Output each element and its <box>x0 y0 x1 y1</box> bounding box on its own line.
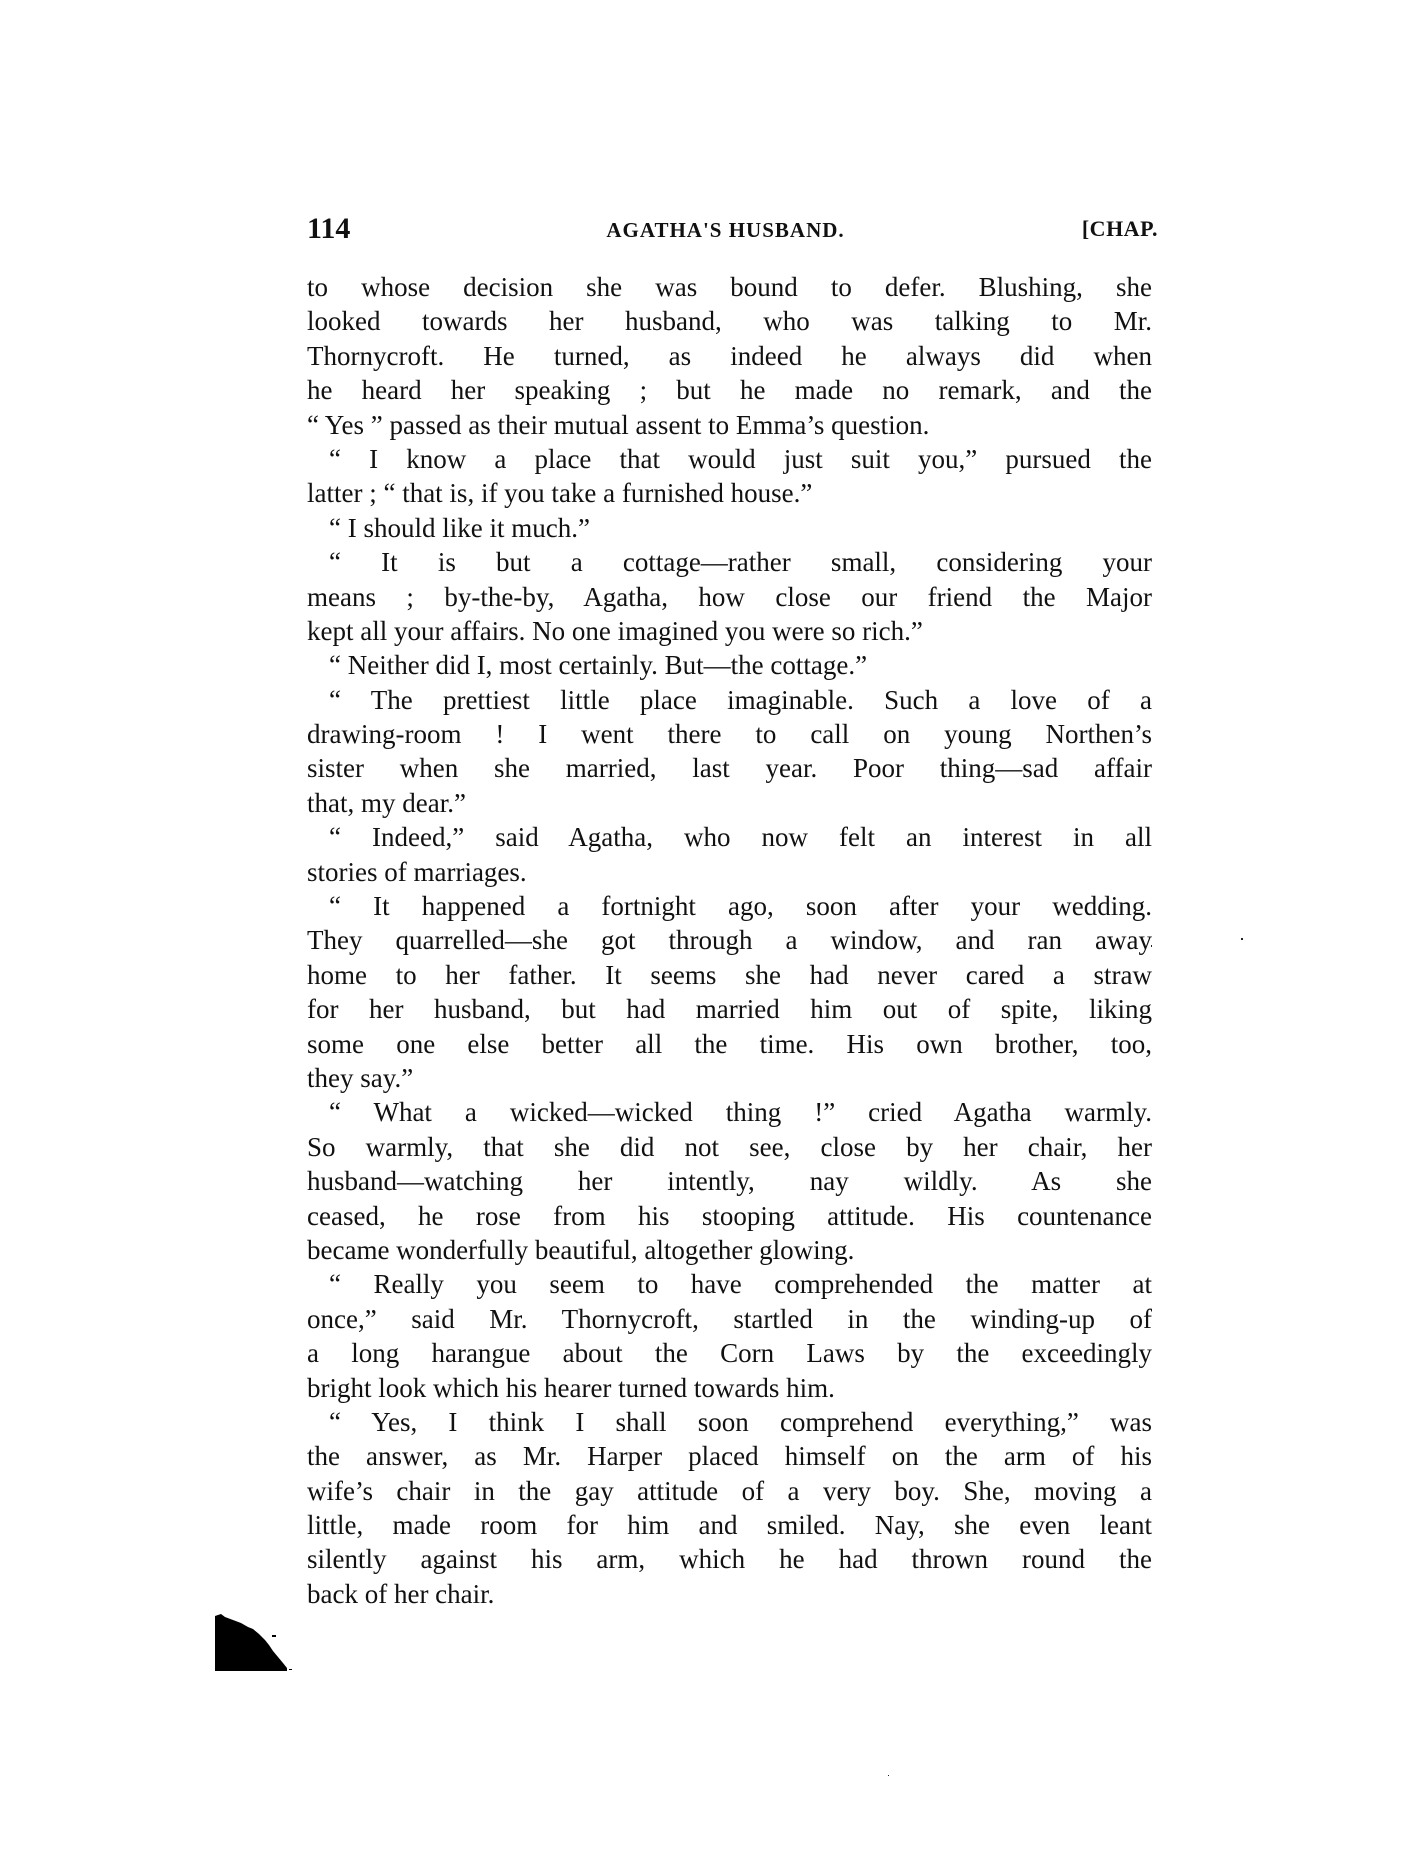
text-line: “ Yes ” passed as their mutual assent to… <box>307 408 1152 442</box>
running-head: 114 AGATHA'S HUSBAND. [CHAP. <box>307 212 1152 252</box>
text-line: became wonderfully beautiful, altogether… <box>307 1233 1152 1267</box>
text-line: sister when she married, last year. Poor… <box>307 751 1152 785</box>
text-line: silently against his arm, which he had t… <box>307 1542 1152 1576</box>
body-text: to whose decision she was bound to defer… <box>307 270 1152 1611</box>
text-line: little, made room for him and smiled. Na… <box>307 1508 1152 1542</box>
ink-speck <box>888 1775 889 1776</box>
text-line: wife’s chair in the gay attitude of a ve… <box>307 1474 1152 1508</box>
text-line: “ Really you seem to have comprehended t… <box>307 1267 1152 1301</box>
text-line: the answer, as Mr. Harper placed himself… <box>307 1439 1152 1473</box>
text-line: means ; by-the-by, Agatha, how close our… <box>307 580 1152 614</box>
ink-speck <box>1241 938 1243 940</box>
text-line: “ The prettiest little place imaginable.… <box>307 683 1152 717</box>
text-line: “ I should like it much.” <box>307 511 1152 545</box>
running-title: AGATHA'S HUSBAND. <box>307 218 1152 243</box>
text-line: “ Indeed,” said Agatha, who now felt an … <box>307 820 1152 854</box>
text-line: “ It happened a fortnight ago, soon afte… <box>307 889 1152 923</box>
text-line: once,” said Mr. Thornycroft, startled in… <box>307 1302 1152 1336</box>
text-line: kept all your affairs. No one imagined y… <box>307 614 1152 648</box>
chapter-marker: [CHAP. <box>1082 216 1158 242</box>
text-line: for her husband, but had married him out… <box>307 992 1152 1026</box>
text-line: “ I know a place that would just suit yo… <box>307 442 1152 476</box>
text-line: latter ; “ that is, if you take a furnis… <box>307 476 1152 510</box>
ink-speck <box>1151 945 1152 947</box>
text-line: a long harangue about the Corn Laws by t… <box>307 1336 1152 1370</box>
text-line: ceased, he rose from his stooping attitu… <box>307 1199 1152 1233</box>
book-page: 114 AGATHA'S HUSBAND. [CHAP. to whose de… <box>0 0 1401 1851</box>
text-line: husband—watching her intently, nay wildl… <box>307 1164 1152 1198</box>
text-line: Thornycroft. He turned, as indeed he alw… <box>307 339 1152 373</box>
text-line: that, my dear.” <box>307 786 1152 820</box>
text-line: home to her father. It seems she had nev… <box>307 958 1152 992</box>
scan-mark-icon <box>215 1614 293 1671</box>
text-line: “ What a wicked—wicked thing !” cried Ag… <box>307 1095 1152 1129</box>
text-line: back of her chair. <box>307 1577 1152 1611</box>
text-line: They quarrelled—she got through a window… <box>307 923 1152 957</box>
text-line: bright look which his hearer turned towa… <box>307 1371 1152 1405</box>
text-line: drawing-room ! I went there to call on y… <box>307 717 1152 751</box>
text-line: they say.” <box>307 1061 1152 1095</box>
text-line: looked towards her husband, who was talk… <box>307 304 1152 338</box>
text-line: “ Yes, I think I shall soon comprehend e… <box>307 1405 1152 1439</box>
text-line: some one else better all the time. His o… <box>307 1027 1152 1061</box>
text-line: “ Neither did I, most certainly. But—the… <box>307 648 1152 682</box>
text-line: to whose decision she was bound to defer… <box>307 270 1152 304</box>
text-line: “ It is but a cottage—rather small, cons… <box>307 545 1152 579</box>
text-line: stories of marriages. <box>307 855 1152 889</box>
text-line: So warmly, that she did not see, close b… <box>307 1130 1152 1164</box>
text-line: he heard her speaking ; but he made no r… <box>307 373 1152 407</box>
